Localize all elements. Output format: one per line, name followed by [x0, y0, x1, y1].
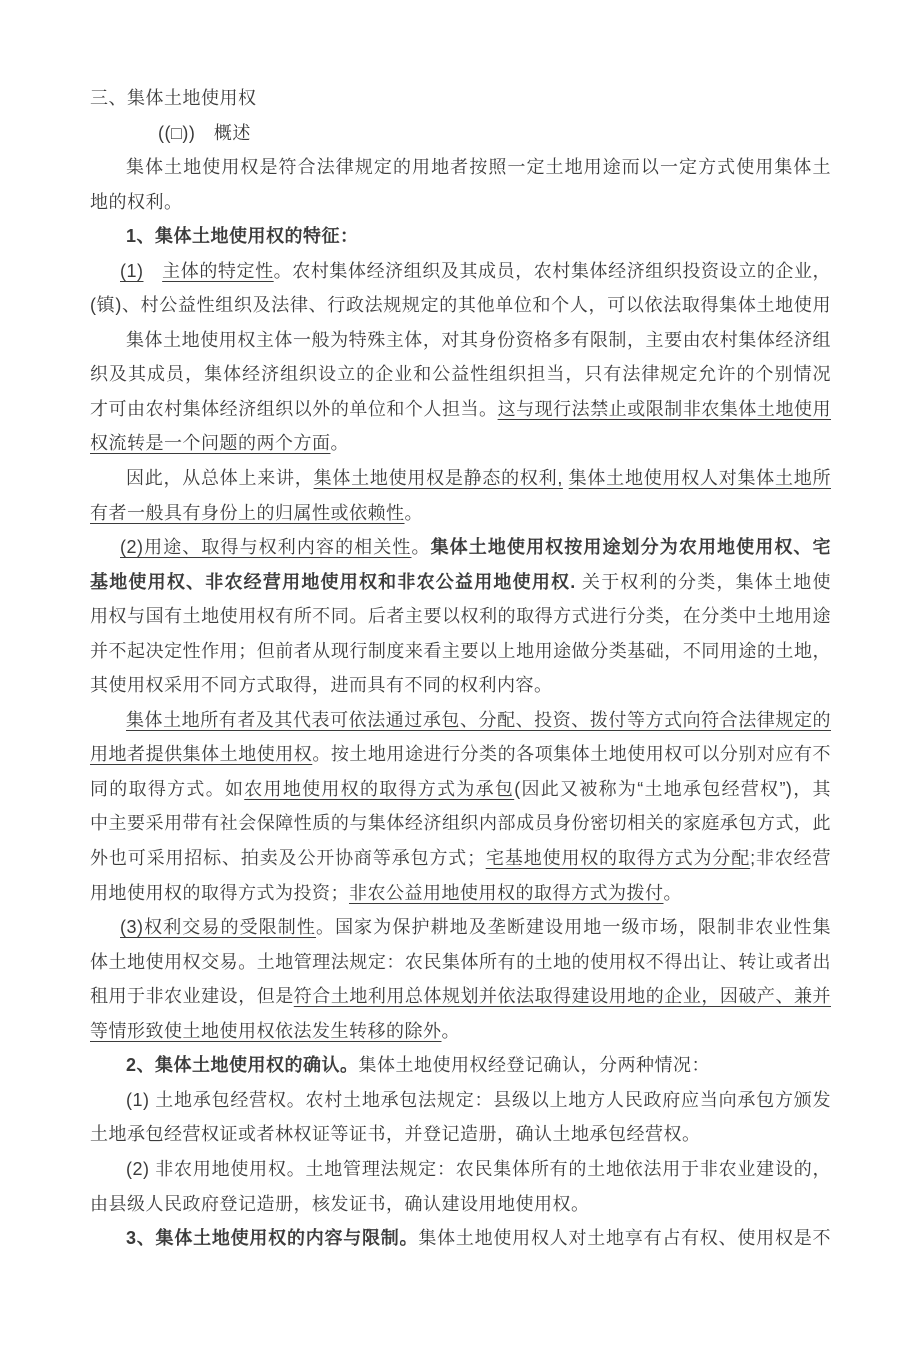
text-segment: 同的取得方式。如	[90, 779, 244, 799]
text-line: 织及其成员，集体经济组织设立的企业和公益性组织担当，只有法律规定允许的个别情况下…	[90, 357, 831, 392]
text-segment: ;非农经营	[750, 848, 831, 868]
text-segment: 。	[411, 537, 430, 557]
text-line: 才可由农村集体经济组织以外的单位和个人担当。这与现行法禁止或限制非农集体土地使用	[90, 392, 831, 427]
underlined-text-segment: 农用地使用权的取得方式为承包	[244, 779, 514, 799]
text-segment: 土地承包经营权证或者林权证等证书，并登记造册，确认土地承包经营权。	[90, 1124, 701, 1144]
underlined-text-segment: 集体土地使用权人对集体土地所	[569, 468, 831, 488]
text-segment: 租用于非农业建设，但是	[90, 986, 294, 1006]
text-segment: (1) 土地承包经营权。农村土地承包法规定：县级以上地方人民政府应当向承包方颁发	[126, 1090, 831, 1110]
text-line: 体土地使用权交易。土地管理法规定：农民集体所有的土地的使用权不得出让、转让或者出	[90, 945, 831, 980]
underlined-text-segment: (1)	[120, 261, 144, 281]
text-line: 3、集体土地使用权的内容与限制。集体土地使用权人对土地享有占有权、使用权是不	[90, 1221, 831, 1256]
text-line: 由县级人民政府登记造册，核发证书，确认建设用地使用权。	[90, 1187, 831, 1222]
text-segment: 集体土地使用权经登记确认，分两种情况：	[359, 1055, 711, 1075]
text-segment: 外也可采用招标、拍卖及公开协商等承包方式；	[90, 848, 486, 868]
text-line: 用权与国有土地使用权有所不同。后者主要以权利的取得方式进行分类，在分类中土地用途	[90, 599, 831, 634]
text-segment: 。	[442, 1021, 461, 1041]
text-line: 其使用权采用不同方式取得，进而具有不同的权利内容。	[90, 668, 831, 703]
bold-text-segment: 1、集体土地使用权的特征：	[126, 226, 359, 246]
text-segment: (镇)、村公益性组织及法律、行政法规规定的其他单位和个人，可以依法取得集体土地使…	[90, 295, 831, 323]
text-segment: 用权与国有土地使用权有所不同。后者主要以权利的取得方式进行分类，在分类中土地用途	[90, 606, 831, 626]
text-segment: 地的权利。	[90, 192, 183, 212]
text-line: (1) 主体的特定性。农村集体经济组织及其成员，农村集体经济组织投资设立的企业，…	[90, 254, 831, 289]
document-page: 三、集体土地使用权((□)) 概述集体土地使用权是符合法律规定的用地者按照一定土…	[0, 0, 920, 1352]
underlined-text-segment: 这与现行法禁止或限制非农集体土地使用	[498, 399, 831, 419]
underlined-text-segment: 主体的特定性	[162, 261, 274, 281]
text-segment: 集体土地使用权人对土地享有占有权、使用权是不	[418, 1228, 831, 1248]
underlined-text-segment: (2)用途、取得与权利内容的相关性	[120, 537, 411, 557]
text-segment: 三、集体土地使用权	[90, 88, 257, 108]
underlined-text-segment: 用地者提供集体土地使用权	[90, 744, 312, 764]
text-segment: 。	[664, 883, 683, 903]
text-line: 集体土地使用权主体一般为特殊主体，对其身份资格多有限制，主要由农村集体经济组	[90, 323, 831, 358]
text-segment: 由县级人民政府登记造册，核发证书，确认建设用地使用权。	[90, 1194, 590, 1214]
text-line: 2、集体土地使用权的确认。集体土地使用权经登记确认，分两种情况：	[90, 1048, 831, 1083]
text-line: 权流转是一个问题的两个方面。	[90, 426, 831, 461]
text-line: 中主要采用带有社会保障性质的与集体经济组织内部成员身份密切相关的家庭承包方式，此	[90, 806, 831, 841]
text-segment: 关于权利的分类，集体土地使	[576, 572, 831, 592]
text-line: 地的权利。	[90, 185, 831, 220]
underlined-text-segment: 非农公益用地使用权的取得方式为拨付	[349, 883, 664, 903]
text-segment: 。	[405, 503, 424, 523]
text-segment: 集体土地使用权是符合法律规定的用地者按照一定土地用途而以一定方式使用集体土	[126, 157, 831, 177]
text-segment: (2) 非农用地使用权。土地管理法规定：农民集体所有的土地依法用于非农业建设的，	[126, 1159, 831, 1179]
text-line: 有者一般具有身份上的归属性或依赖性。	[90, 496, 831, 531]
text-line: (2) 非农用地使用权。土地管理法规定：农民集体所有的土地依法用于非农业建设的，	[90, 1152, 831, 1187]
bold-text-segment: 3、集体土地使用权的内容与限制。	[126, 1228, 418, 1248]
underlined-text-segment: 等情形致使土地使用权依法发生转移的除外	[90, 1021, 442, 1041]
text-segment: 用地使用权的取得方式为投资；	[90, 883, 349, 903]
bold-text-segment: 2、集体土地使用权的确认。	[126, 1055, 359, 1075]
text-line: 1、集体土地使用权的特征：	[90, 219, 831, 254]
text-line: 基地使用权、非农经营用地使用权和非农公益用地使用权. 关于权利的分类，集体土地使	[90, 565, 831, 600]
text-segment: 才可由农村集体经济组织以外的单位和个人担当。	[90, 399, 498, 419]
text-segment: 因此，从总体上来讲，	[126, 468, 314, 488]
text-line: 三、集体土地使用权	[90, 81, 831, 116]
text-line: 集体土地所有者及其代表可依法通过承包、分配、投资、拨付等方式向符合法律规定的	[90, 703, 831, 738]
text-segment	[144, 261, 163, 281]
text-line: 同的取得方式。如农用地使用权的取得方式为承包(因此又被称为“土地承包经营权”)，…	[90, 772, 831, 807]
text-line: 用地者提供集体土地使用权。按土地用途进行分类的各项集体土地使用权可以分别对应有不	[90, 737, 831, 772]
text-line: 用地使用权的取得方式为投资；非农公益用地使用权的取得方式为拨付。	[90, 876, 831, 911]
underlined-text-segment: 集体土地使用权是静态的权利,	[314, 468, 563, 488]
text-segment: 。	[331, 433, 350, 453]
text-line: 因此，从总体上来讲，集体土地使用权是静态的权利, 集体土地使用权人对集体土地所	[90, 461, 831, 496]
text-line: (2)用途、取得与权利内容的相关性。集体土地使用权按用途划分为农用地使用权、宅	[90, 530, 831, 565]
underlined-text-segment: 集体土地所有者及其代表可依法通过承包、分配、投资、拨付等方式向符合法律规定的	[126, 710, 831, 730]
text-segment: 。按土地用途进行分类的各项集体土地使用权可以分别对应有不	[312, 744, 831, 764]
text-segment: (因此又被称为“土地承包经营权”)，其	[514, 779, 831, 799]
underlined-text-segment: (3)权利交易的受限制性	[120, 917, 316, 937]
text-segment: 织及其成员，集体经济组织设立的企业和公益性组织担当，只有法律规定允许的个别情况下…	[90, 364, 831, 392]
text-line: (3)权利交易的受限制性。国家为保护耕地及垄断建设用地一级市场，限制非农业性集	[90, 910, 831, 945]
underlined-text-segment: 有者一般具有身份上的归属性或依赖性	[90, 503, 405, 523]
text-segment: 。国家为保护耕地及垄断建设用地一级市场，限制非农业性集	[316, 917, 831, 937]
document-text: 三、集体土地使用权((□)) 概述集体土地使用权是符合法律规定的用地者按照一定土…	[90, 81, 831, 1256]
text-segment: ((□)) 概述	[158, 123, 251, 143]
underlined-text-segment: 宅基地使用权的取得方式为分配	[486, 848, 750, 868]
text-line: ((□)) 概述	[90, 116, 831, 151]
text-line: 等情形致使土地使用权依法发生转移的除外。	[90, 1014, 831, 1049]
text-line: 租用于非农业建设，但是符合土地利用总体规划并依法取得建设用地的企业，因破产、兼并	[90, 979, 831, 1014]
text-segment: 中主要采用带有社会保障性质的与集体经济组织内部成员身份密切相关的家庭承包方式，此	[90, 813, 831, 833]
text-segment: 其使用权采用不同方式取得，进而具有不同的权利内容。	[90, 675, 553, 695]
bold-text-segment: 基地使用权、非农经营用地使用权和非农公益用地使用权.	[90, 572, 576, 592]
text-line: 集体土地使用权是符合法律规定的用地者按照一定土地用途而以一定方式使用集体土	[90, 150, 831, 185]
text-segment: 体土地使用权交易。土地管理法规定：农民集体所有的土地的使用权不得出让、转让或者出	[90, 952, 831, 972]
text-line: 并不起决定性作用；但前者从现行制度来看主要以上地用途做分类基础，不同用途的土地，	[90, 634, 831, 669]
text-line: (镇)、村公益性组织及法律、行政法规规定的其他单位和个人，可以依法取得集体土地使…	[90, 288, 831, 323]
bold-text-segment: 集体土地使用权按用途划分为农用地使用权、宅	[431, 537, 831, 557]
text-segment: 并不起决定性作用；但前者从现行制度来看主要以上地用途做分类基础，不同用途的土地，	[90, 641, 831, 661]
text-line: 土地承包经营权证或者林权证等证书，并登记造册，确认土地承包经营权。	[90, 1117, 831, 1152]
underlined-text-segment: 符合土地利用总体规划并依法取得建设用地的企业，因破产、兼并	[294, 986, 831, 1006]
text-line: 外也可采用招标、拍卖及公开协商等承包方式；宅基地使用权的取得方式为分配;非农经营	[90, 841, 831, 876]
text-line: (1) 土地承包经营权。农村土地承包法规定：县级以上地方人民政府应当向承包方颁发	[90, 1083, 831, 1118]
underlined-text-segment: 权流转是一个问题的两个方面	[90, 433, 331, 453]
text-segment: 集体土地使用权主体一般为特殊主体，对其身份资格多有限制，主要由农村集体经济组	[126, 330, 831, 350]
